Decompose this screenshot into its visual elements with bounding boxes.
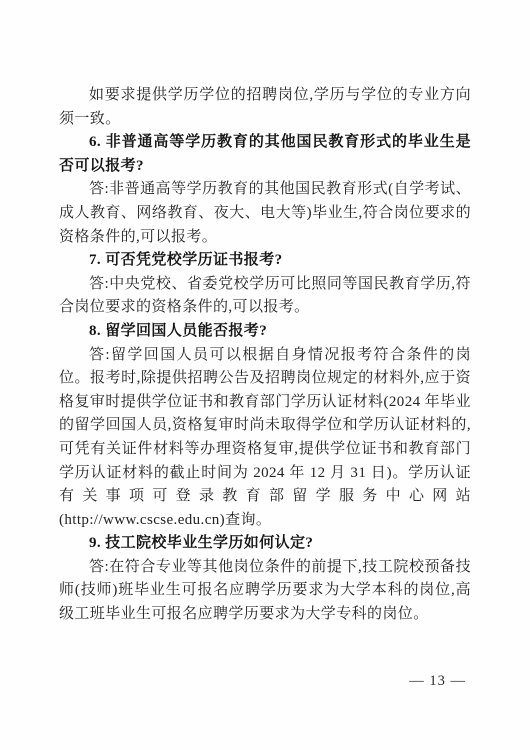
body-paragraph: 答:在符合专业等其他岗位条件的前提下,技工院校预备技师(技师)班毕业生可报名应聘… — [59, 556, 471, 627]
document-page: 如要求提供学历学位的招聘岗位,学历与学位的专业方向须一致。6. 非普通高等学历教… — [0, 0, 530, 750]
body-paragraph: 答:非普通高等学历教育的其他国民教育形式(自学考试、成人教育、网络教育、夜大、电… — [59, 178, 471, 249]
body-paragraph: 如要求提供学历学位的招聘岗位,学历与学位的专业方向须一致。 — [59, 84, 471, 131]
body-paragraph: 答:留学回国人员可以根据自身情况报考符合条件的岗位。报考时,除提供招聘公告及招聘… — [59, 344, 471, 533]
question-paragraph: 9. 技工院校毕业生学历如何认定? — [59, 532, 471, 556]
page-number: — 13 — — [409, 673, 466, 690]
question-paragraph: 7. 可否凭党校学历证书报考? — [59, 249, 471, 273]
question-paragraph: 6. 非普通高等学历教育的其他国民教育形式的毕业生是否可以报考? — [59, 131, 471, 178]
page-number-text: — 13 — — [409, 673, 466, 689]
body-paragraph: 答:中央党校、省委党校学历可比照同等国民教育学历,符合岗位要求的资格条件的,可以… — [59, 273, 471, 320]
question-paragraph: 8. 留学回国人员能否报考? — [59, 320, 471, 344]
document-body: 如要求提供学历学位的招聘岗位,学历与学位的专业方向须一致。6. 非普通高等学历教… — [59, 84, 471, 627]
